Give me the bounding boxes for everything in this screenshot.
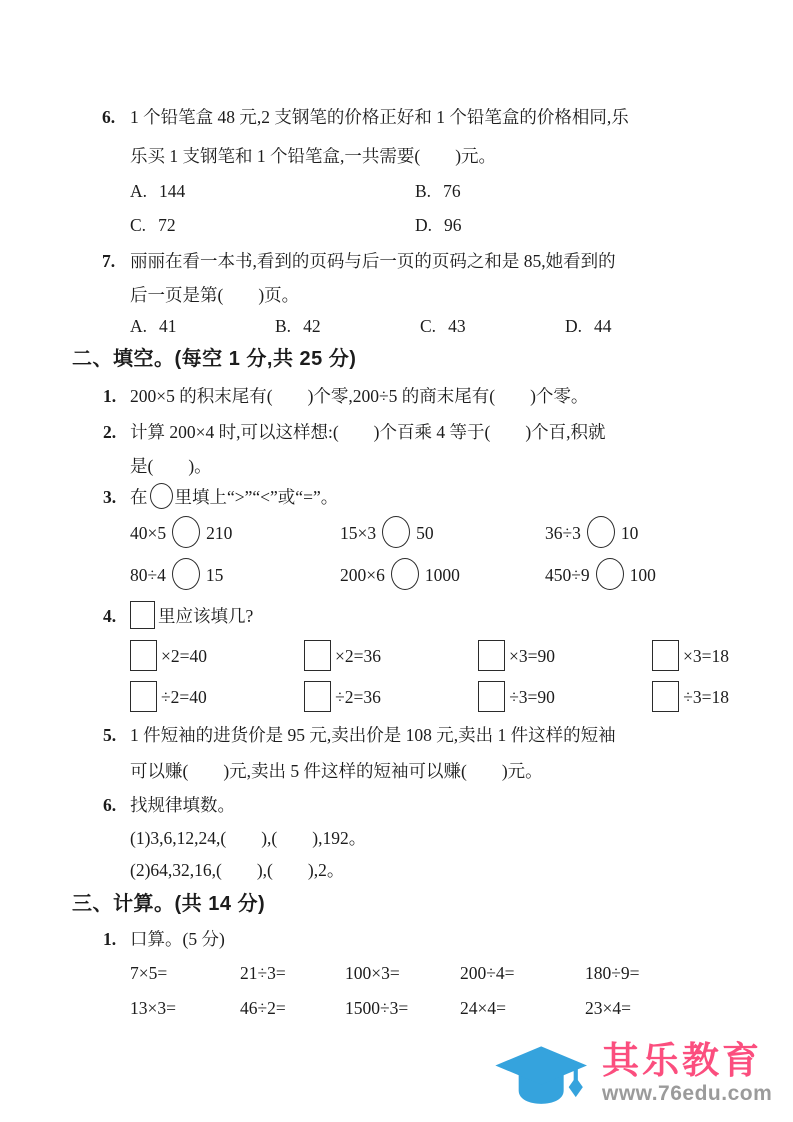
comparison-circle-blank — [172, 558, 200, 590]
comparison-left: 40×5 — [130, 523, 166, 543]
fill-2-line-1: 2. 计算 200×4 时,可以这样想:( )个百乘 4 等于( )个百,积就 — [72, 414, 729, 450]
question-6-options-row-2: C.72 D.96 — [72, 209, 729, 242]
comparison-left: 450÷9 — [545, 565, 590, 585]
question-7-line-2: 后一页是第( )页。 — [72, 280, 729, 311]
box-equation: ×2=40 — [130, 635, 304, 677]
comparison-item: 40×5210 — [130, 513, 340, 553]
option-a-value: 41 — [159, 316, 177, 336]
fill-5-number: 5. — [103, 717, 116, 753]
box-equation-text: ÷3=18 — [683, 687, 729, 707]
comparison-circle-blank — [391, 558, 419, 590]
question-6-options-row-1: A.144 B.76 — [72, 174, 729, 209]
fill-1-text: 200×5 的积末尾有( )个零,200÷5 的商末尾有( )个零。 — [130, 386, 588, 406]
question-7-text: 丽丽在看一本书,看到的页码与后一页的页码之和是 85,她看到的 — [130, 251, 616, 271]
section-3-title: 三、计算。(共 14 分) — [72, 886, 729, 922]
option-d-label: D. — [415, 209, 432, 242]
fill-4-number: 4. — [103, 597, 116, 635]
comparison-circle-blank — [596, 558, 624, 590]
option-c-label: C. — [420, 311, 436, 341]
comparison-circle-blank — [587, 516, 615, 548]
option-c-value: 43 — [448, 316, 466, 336]
fill-1-number: 1. — [103, 378, 116, 414]
fill-5-text-cont: 可以赚( )元,卖出 5 件这样的短袖可以赚( )元。 — [130, 761, 543, 781]
question-6-line-2: 乐买 1 支钢笔和 1 个铅笔盒,一共需要( )元。 — [72, 138, 729, 174]
fill-2-text-cont: 是( )。 — [130, 456, 212, 476]
box-equation: ×3=90 — [478, 635, 652, 677]
oral-calc-item: 13×3= — [130, 991, 240, 1026]
option-d-value: 44 — [594, 316, 612, 336]
comparison-left: 36÷3 — [545, 523, 581, 543]
box-equation-text: ×3=90 — [509, 646, 555, 666]
comparison-left: 80÷4 — [130, 565, 166, 585]
option-a: A.144 — [130, 174, 415, 209]
comparison-right: 15 — [206, 565, 224, 585]
question-7-number: 7. — [102, 242, 115, 280]
oral-calc-label: 口算。(5 分) — [130, 929, 225, 949]
circle-blank-icon — [150, 483, 173, 509]
comparison-item: 80÷415 — [130, 553, 340, 597]
box-equation-text: ÷2=36 — [335, 687, 381, 707]
question-6-text: 1 个铅笔盒 48 元,2 支钢笔的价格正好和 1 个铅笔盒的价格相同,乐 — [130, 107, 629, 127]
blank-box — [652, 640, 679, 671]
question-7-line-1: 7. 丽丽在看一本书,看到的页码与后一页的页码之和是 85,她看到的 — [72, 242, 729, 280]
graduation-cap-icon — [492, 1032, 592, 1114]
fill-3-prompt: 3. 在里填上“>”“<”或“=”。 — [72, 482, 729, 513]
oral-calc-item: 200÷4= — [460, 956, 585, 991]
blank-box — [304, 681, 331, 712]
comparison-item: 15×350 — [340, 513, 545, 553]
square-blank-icon — [130, 601, 155, 629]
fill-2-number: 2. — [103, 414, 116, 450]
box-equation-text: ÷3=90 — [509, 687, 555, 707]
option-d: D.44 — [565, 311, 612, 341]
blank-box — [478, 681, 505, 712]
brand-text-block: 其乐教育 www.76edu.com — [602, 1040, 772, 1104]
option-b-value: 76 — [443, 181, 461, 201]
fill-2-line-2: 是( )。 — [72, 450, 729, 482]
fill-4-row-1: ×2=40 ×2=36 ×3=90 ×3=18 — [72, 635, 729, 677]
oral-calc-row-2: 13×3= 46÷2= 1500÷3= 24×4= 23×4= — [72, 991, 729, 1026]
question-6-line-1: 6. 1 个铅笔盒 48 元,2 支钢笔的价格正好和 1 个铅笔盒的价格相同,乐 — [72, 96, 729, 138]
fill-6-title: 找规律填数。 — [130, 795, 235, 815]
oral-calc-number: 1. — [103, 922, 116, 956]
option-b-label: B. — [415, 174, 431, 209]
oral-calc-item: 100×3= — [345, 956, 460, 991]
fill-3-row-1: 40×5210 15×350 36÷310 — [72, 513, 729, 553]
comparison-circle-blank — [382, 516, 410, 548]
option-d-label: D. — [565, 311, 582, 341]
comparison-right: 10 — [621, 523, 639, 543]
option-d: D.96 — [415, 209, 462, 242]
comparison-right: 1000 — [425, 565, 460, 585]
oral-calc-heading: 1. 口算。(5 分) — [72, 922, 729, 956]
worksheet-page: 6. 1 个铅笔盒 48 元,2 支钢笔的价格正好和 1 个铅笔盒的价格相同,乐… — [0, 0, 793, 1122]
fill-3-prompt-before: 在 — [130, 487, 148, 507]
brand-name: 其乐教育 — [602, 1040, 772, 1083]
option-a-label: A. — [130, 311, 147, 341]
box-equation-text: ÷2=40 — [161, 687, 207, 707]
oral-calc-item: 23×4= — [585, 991, 631, 1026]
blank-box — [130, 681, 157, 712]
comparison-item: 36÷310 — [545, 513, 638, 553]
box-equation: ×2=36 — [304, 635, 478, 677]
comparison-left: 15×3 — [340, 523, 376, 543]
fill-6-number: 6. — [103, 789, 116, 822]
option-b-label: B. — [275, 311, 291, 341]
box-equation: ÷3=90 — [478, 677, 652, 717]
comparison-circle-blank — [172, 516, 200, 548]
option-a-label: A. — [130, 174, 147, 209]
fill-1-line: 1. 200×5 的积末尾有( )个零,200÷5 的商末尾有( )个零。 — [72, 378, 729, 414]
box-equation: ÷2=36 — [304, 677, 478, 717]
fill-5-line-2: 可以赚( )元,卖出 5 件这样的短袖可以赚( )元。 — [72, 753, 729, 789]
fill-6-prompt: 6. 找规律填数。 — [72, 789, 729, 822]
option-c-label: C. — [130, 209, 146, 242]
oral-calc-item: 46÷2= — [240, 991, 345, 1026]
fill-5-text: 1 件短袖的进货价是 95 元,卖出价是 108 元,卖出 1 件这样的短袖 — [130, 725, 616, 745]
oral-calc-row-1: 7×5= 21÷3= 100×3= 200÷4= 180÷9= — [72, 956, 729, 991]
box-equation-text: ×2=40 — [161, 646, 207, 666]
comparison-left: 200×6 — [340, 565, 385, 585]
comparison-right: 210 — [206, 523, 232, 543]
oral-calc-item: 24×4= — [460, 991, 585, 1026]
box-equation-text: ×2=36 — [335, 646, 381, 666]
box-equation: ÷2=40 — [130, 677, 304, 717]
question-6-number: 6. — [102, 96, 115, 138]
fill-4-prompt-after: 里应该填几? — [158, 606, 253, 626]
option-c: C.43 — [420, 311, 565, 341]
question-7-options-row: A.41 B.42 C.43 D.44 — [72, 311, 729, 341]
comparison-item: 200×61000 — [340, 553, 545, 597]
section-2-title: 二、填空。(每空 1 分,共 25 分) — [72, 341, 729, 378]
blank-box — [304, 640, 331, 671]
fill-2-text: 计算 200×4 时,可以这样想:( )个百乘 4 等于( )个百,积就 — [130, 422, 606, 442]
option-c: C.72 — [130, 209, 415, 242]
oral-calc-item: 1500÷3= — [345, 991, 460, 1026]
fill-3-row-2: 80÷415 200×61000 450÷9100 — [72, 553, 729, 597]
oral-calc-item: 7×5= — [130, 956, 240, 991]
fill-4-prompt: 4. 里应该填几? — [72, 597, 729, 635]
option-b: B.76 — [415, 174, 461, 209]
oral-calc-item: 21÷3= — [240, 956, 345, 991]
option-b-value: 42 — [303, 316, 321, 336]
box-equation: ÷3=18 — [652, 677, 729, 717]
blank-box — [478, 640, 505, 671]
fill-5-line-1: 5. 1 件短袖的进货价是 95 元,卖出价是 108 元,卖出 1 件这样的短… — [72, 717, 729, 753]
fill-6-sequence-2: (2)64,32,16,( ),( ),2。 — [72, 855, 729, 886]
option-d-value: 96 — [444, 215, 462, 235]
blank-box — [130, 640, 157, 671]
oral-calc-item: 180÷9= — [585, 956, 639, 991]
question-6-text-cont: 乐买 1 支钢笔和 1 个铅笔盒,一共需要( )元。 — [130, 146, 496, 166]
fill-4-row-2: ÷2=40 ÷2=36 ÷3=90 ÷3=18 — [72, 677, 729, 717]
comparison-item: 450÷9100 — [545, 553, 656, 597]
worksheet-content: 6. 1 个铅笔盒 48 元,2 支钢笔的价格正好和 1 个铅笔盒的价格相同,乐… — [0, 0, 793, 1026]
comparison-right: 50 — [416, 523, 434, 543]
option-c-value: 72 — [158, 215, 176, 235]
question-7-text-cont: 后一页是第( )页。 — [130, 285, 299, 305]
fill-3-number: 3. — [103, 482, 116, 513]
brand-url: www.76edu.com — [602, 1083, 772, 1104]
blank-box — [652, 681, 679, 712]
option-a-value: 144 — [159, 181, 185, 201]
comparison-right: 100 — [630, 565, 656, 585]
brand-logo: 其乐教育 www.76edu.com — [492, 1032, 772, 1114]
fill-6-sequence-1: (1)3,6,12,24,( ),( ),192。 — [72, 822, 729, 855]
option-a: A.41 — [130, 311, 275, 341]
fill-3-prompt-after: 里填上“>”“<”或“=”。 — [175, 487, 339, 507]
box-equation-text: ×3=18 — [683, 646, 729, 666]
box-equation: ×3=18 — [652, 635, 729, 677]
option-b: B.42 — [275, 311, 420, 341]
